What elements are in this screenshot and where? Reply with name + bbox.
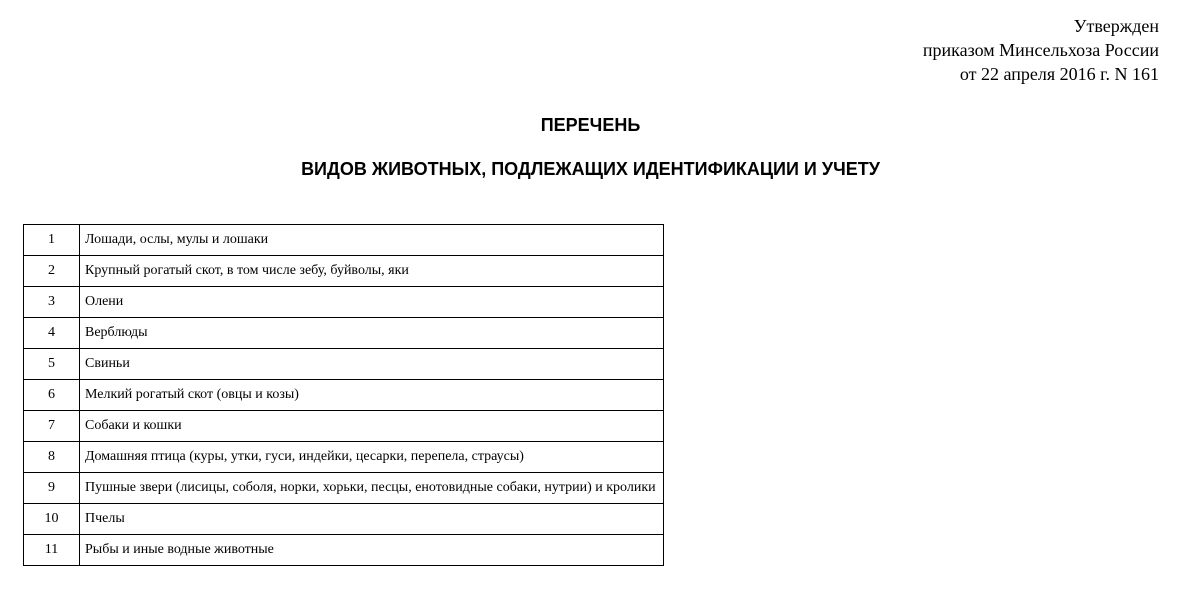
table-row: 10 Пчелы xyxy=(24,504,664,535)
table-row: 7 Собаки и кошки xyxy=(24,411,664,442)
row-text: Собаки и кошки xyxy=(80,411,664,442)
table-row: 6 Мелкий рогатый скот (овцы и козы) xyxy=(24,380,664,411)
approval-line-order: приказом Минсельхоза России xyxy=(923,38,1159,62)
row-text: Рыбы и иные водные животные xyxy=(80,535,664,566)
row-text: Пчелы xyxy=(80,504,664,535)
table-row: 8 Домашняя птица (куры, утки, гуси, инде… xyxy=(24,442,664,473)
row-text: Верблюды xyxy=(80,318,664,349)
row-text: Олени xyxy=(80,287,664,318)
row-number: 7 xyxy=(24,411,80,442)
table-row: 3 Олени xyxy=(24,287,664,318)
approval-line-approved: Утвержден xyxy=(923,14,1159,38)
row-text: Лошади, ослы, мулы и лошаки xyxy=(80,225,664,256)
row-number: 8 xyxy=(24,442,80,473)
table-row: 2 Крупный рогатый скот, в том числе зебу… xyxy=(24,256,664,287)
row-number: 6 xyxy=(24,380,80,411)
table-row: 4 Верблюды xyxy=(24,318,664,349)
document-subtitle: ВИДОВ ЖИВОТНЫХ, ПОДЛЕЖАЩИХ ИДЕНТИФИКАЦИИ… xyxy=(0,158,1181,180)
row-text: Пушные звери (лисицы, соболя, норки, хор… xyxy=(80,473,664,504)
table-row: 9 Пушные звери (лисицы, соболя, норки, х… xyxy=(24,473,664,504)
row-number: 4 xyxy=(24,318,80,349)
document-title: ПЕРЕЧЕНЬ xyxy=(0,114,1181,136)
row-number: 5 xyxy=(24,349,80,380)
row-number: 3 xyxy=(24,287,80,318)
row-text: Свиньи xyxy=(80,349,664,380)
approval-block: Утвержден приказом Минсельхоза России от… xyxy=(923,14,1159,86)
row-number: 1 xyxy=(24,225,80,256)
row-number: 10 xyxy=(24,504,80,535)
table-row: 1 Лошади, ослы, мулы и лошаки xyxy=(24,225,664,256)
row-number: 9 xyxy=(24,473,80,504)
row-text: Мелкий рогатый скот (овцы и козы) xyxy=(80,380,664,411)
row-number: 2 xyxy=(24,256,80,287)
row-text: Домашняя птица (куры, утки, гуси, индейк… xyxy=(80,442,664,473)
approval-line-date: от 22 апреля 2016 г. N 161 xyxy=(923,62,1159,86)
table-row: 11 Рыбы и иные водные животные xyxy=(24,535,664,566)
table-row: 5 Свиньи xyxy=(24,349,664,380)
animal-species-table: 1 Лошади, ослы, мулы и лошаки 2 Крупный … xyxy=(23,224,664,566)
row-text: Крупный рогатый скот, в том числе зебу, … xyxy=(80,256,664,287)
row-number: 11 xyxy=(24,535,80,566)
